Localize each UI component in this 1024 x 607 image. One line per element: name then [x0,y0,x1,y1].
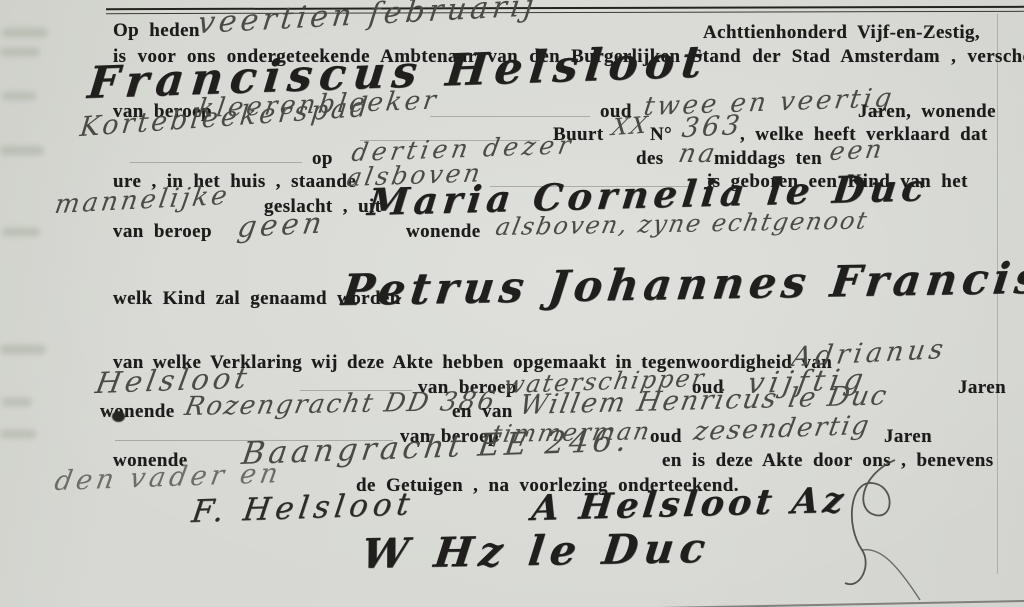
bleedthrough-smudge [0,146,44,155]
label-wonende-1: wonende [406,221,481,243]
bleedthrough-smudge [2,28,48,37]
blank-line [130,162,302,163]
hw-buurt-code: XX [610,112,651,141]
signature-father: F. Helsloot [189,486,416,530]
label-van-beroep-2: van beroep [113,221,212,243]
hw-mother-residence: alsboven, zyne echtgenoot [493,206,871,241]
bleedthrough-smudge [0,345,46,354]
signature-witness2: W Hz le Duc [359,524,714,578]
hw-gender: mannelijke [53,181,232,220]
hw-birth-hour: een [828,134,887,166]
label-jaren-1: Jaren [958,377,1006,399]
hw-address-witness2: Baangracht EE 246. [239,422,632,472]
label-op-heden: Op heden [113,20,200,42]
hw-occupation-mother: geen [235,205,328,244]
label-oud-3: oud [650,426,682,448]
label-wonende-2: wonende [100,401,175,423]
registrar-signature-flourish [800,455,990,605]
label-jaren-2: Jaren [884,426,932,448]
ink-blot [112,411,125,422]
bleedthrough-smudge [0,48,40,56]
label-year: Achttienhonderd Vijf-en-Zestig, [703,22,980,44]
label-middags-ten: middags ten [714,148,822,170]
label-no: N° [650,124,672,146]
label-op: op [312,148,333,170]
hw-age-witness2: zesendertig [691,411,873,447]
label-des: des [636,148,664,170]
blank-line [430,116,590,117]
bleedthrough-smudge [2,92,36,100]
hw-child-name: Petrus Johannes Franciscus [339,252,1024,316]
document-scan: Op heden veertien februarij Achttienhond… [0,0,1024,607]
bleedthrough-smudge [0,430,36,438]
hw-date: veertien februarij [196,0,540,41]
bleedthrough-smudge [2,228,40,236]
label-jaren-wonende: Jaren, wonende [858,101,996,123]
bleedthrough-smudge [2,398,32,406]
